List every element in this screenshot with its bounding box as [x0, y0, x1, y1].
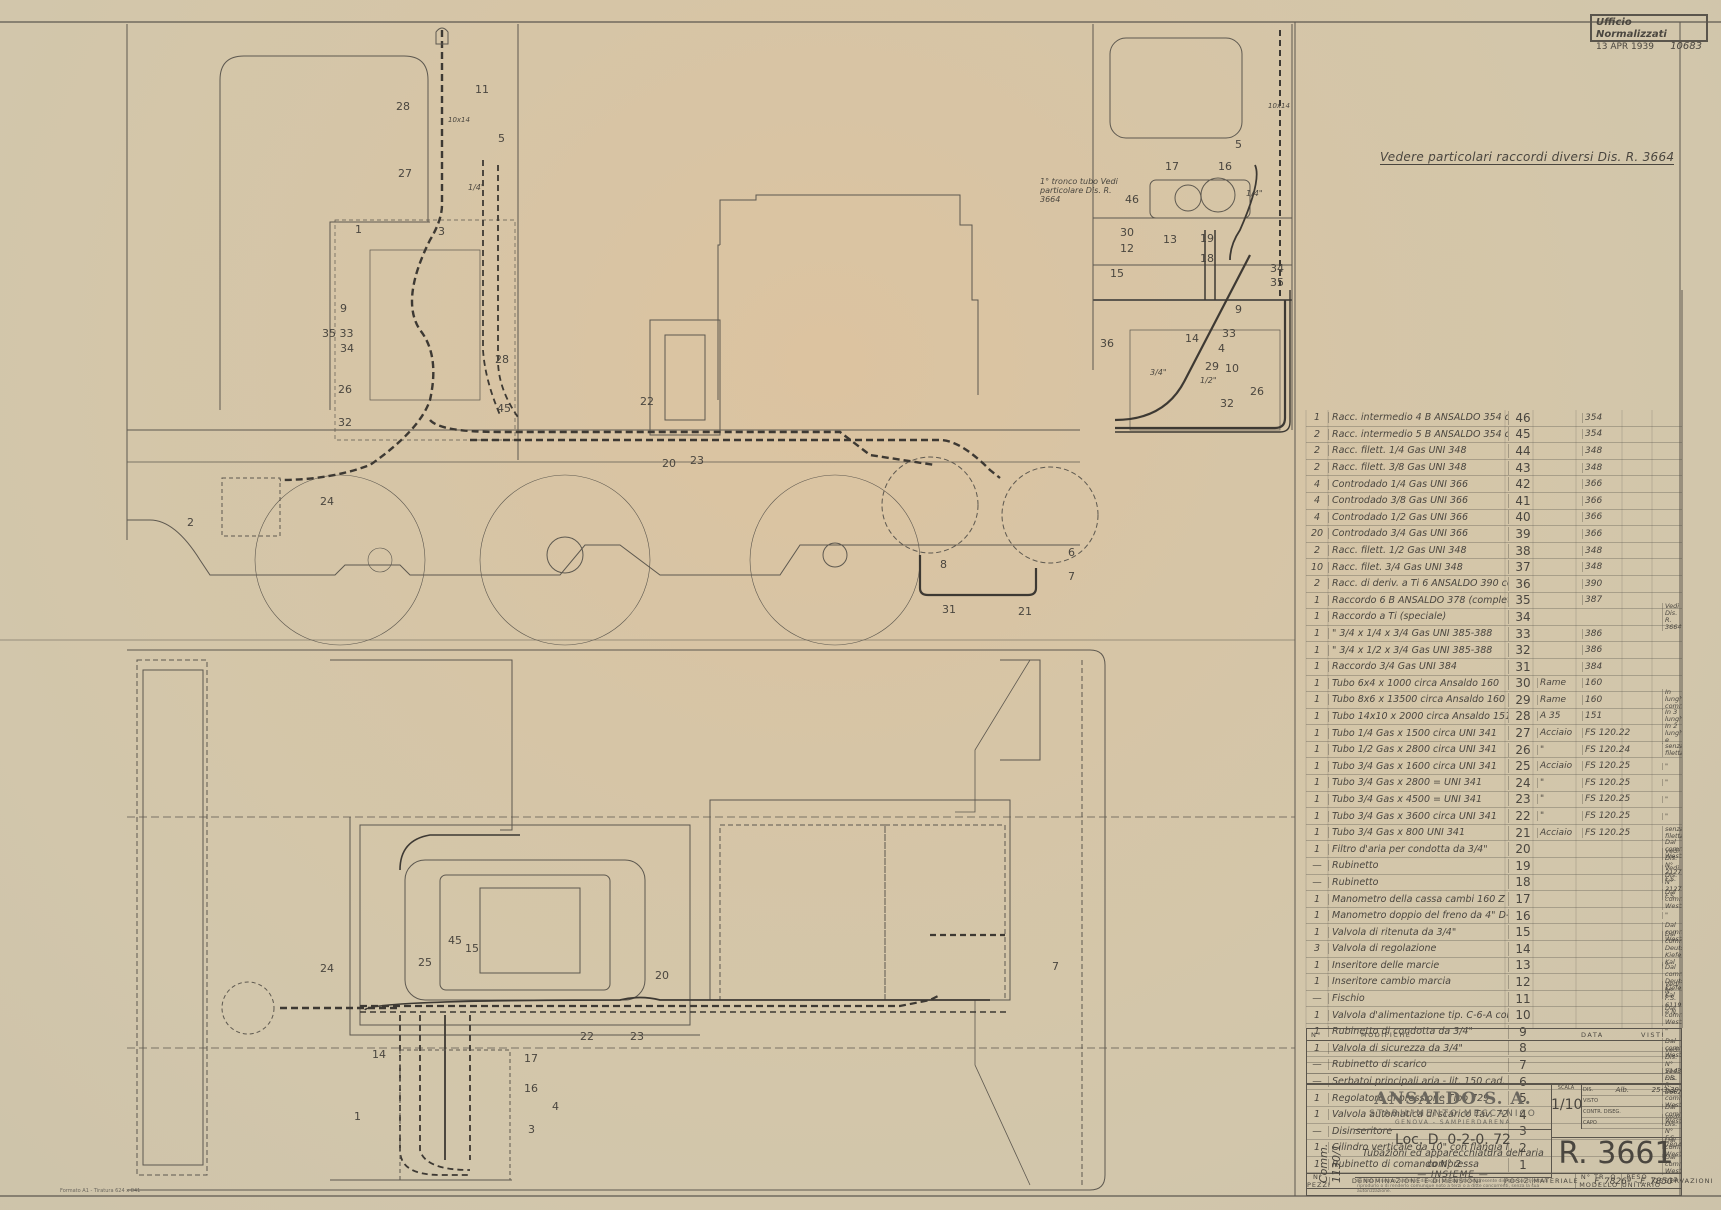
part-position: 39	[1508, 527, 1537, 541]
callout-20: 20	[662, 457, 676, 470]
part-position: 43	[1508, 461, 1537, 475]
part-qty: 1	[1306, 761, 1328, 772]
callout-33-end: 33	[1222, 327, 1236, 340]
part-description: Fischio	[1328, 993, 1508, 1004]
part-note: Vedi Dis. R. 3664	[1662, 603, 1682, 631]
signature-box: DIS.Alb.25-3-39 VISTO CONTR. DISEG. CAPO	[1581, 1085, 1681, 1129]
part-position: 16	[1508, 909, 1537, 923]
parts-list-row: 1Raccordo a Ti (speciale)34Vedi Dis. R. …	[1306, 609, 1682, 626]
part-note: Dal commercio Westinghouse	[1662, 889, 1682, 910]
stamp-number: 10683	[1670, 41, 1702, 53]
part-model: 160	[1582, 678, 1631, 688]
part-qty: 1	[1306, 960, 1328, 971]
callout-8: 8	[940, 558, 947, 571]
callout-17-end: 17	[1165, 160, 1179, 173]
part-model: 348	[1582, 562, 1631, 572]
plan-view	[127, 650, 1295, 1190]
parts-list-row: 3Valvola di regolazione14Dal commercio D…	[1306, 941, 1682, 958]
part-position: 20	[1508, 842, 1537, 856]
parts-list-row: 1Tubo 3/4 Gas x 3600 circa UNI 34122"FS …	[1306, 808, 1682, 825]
parts-list-row: 2Racc. filett. 1/2 Gas UNI 34838348	[1306, 543, 1682, 560]
part-description: Filtro d'aria per condotta da 3/4"	[1328, 844, 1508, 855]
callout-5: 5	[498, 132, 505, 145]
part-material: Acciaio	[1537, 761, 1582, 771]
part-model: 354	[1582, 413, 1631, 423]
part-qty: —	[1306, 860, 1328, 871]
callout-3: 3	[438, 225, 445, 238]
part-position: 21	[1508, 826, 1537, 840]
callout-28b: 28	[495, 353, 509, 366]
part-description: Rubinetto	[1328, 860, 1508, 871]
callout-20-plan: 20	[655, 969, 669, 982]
part-model: 386	[1582, 629, 1631, 639]
callout-9: 9	[340, 302, 347, 315]
callout-6: 6	[1068, 546, 1075, 559]
part-model: 348	[1582, 546, 1631, 556]
part-qty: 1	[1306, 661, 1328, 672]
parts-list-row: 1Manometro doppio del freno da 4" D-1639…	[1306, 908, 1682, 925]
parts-list-row: —Rubinetto19Vedi Dis. N° 2127769-F.S.	[1306, 858, 1682, 875]
callout-45: 45	[497, 402, 511, 415]
part-model: 390	[1582, 579, 1631, 589]
part-qty: 1	[1306, 728, 1328, 739]
parts-list-row: 1Raccordo 3/4 Gas UNI 38431384	[1306, 659, 1682, 676]
part-qty: 1	[1306, 844, 1328, 855]
parts-list-row: —Rubinetto18Vedi Dis. N° 2127769-F.S.	[1306, 875, 1682, 892]
callout-25: 25	[418, 956, 432, 969]
parts-list-row: 4Controdado 1/2 Gas UNI 36640366	[1306, 510, 1682, 527]
commessa-number: Comm. 1130/1	[1317, 1103, 1343, 1183]
sig-label: VISTO	[1583, 1098, 1598, 1104]
part-qty: 1	[1306, 744, 1328, 755]
parts-list-row: 1Manometro della cassa cambi 160 Z D-107…	[1306, 891, 1682, 908]
part-position: 42	[1508, 477, 1537, 491]
callout-32: 32	[338, 416, 352, 429]
part-position: 27	[1508, 726, 1537, 740]
part-qty: 2	[1306, 429, 1328, 440]
callout-34-end: 34	[1270, 262, 1284, 275]
part-description: Raccordo 3/4 Gas UNI 384	[1328, 661, 1508, 672]
callout-29: 29	[1205, 360, 1219, 373]
part-note: "	[1662, 912, 1682, 919]
callout-26: 26	[338, 383, 352, 396]
callout-16-plan: 16	[524, 1082, 538, 1095]
part-note: In lunghezze commerciali	[1662, 689, 1682, 710]
part-qty: —	[1306, 993, 1328, 1004]
callout-11: 11	[475, 83, 489, 96]
scale-value: 1/10	[1551, 1097, 1581, 1113]
part-qty: 1	[1306, 777, 1328, 788]
callout-7-plan: 7	[1052, 960, 1059, 973]
part-description: " 3/4 x 1/4 x 3/4 Gas UNI 385-388	[1328, 628, 1508, 639]
part-position: 22	[1508, 809, 1537, 823]
part-description: Raccordo a Ti (speciale)	[1328, 611, 1508, 622]
part-model: FS 120.25	[1582, 828, 1631, 838]
callout-45-plan: 45	[448, 934, 462, 947]
parts-list-row: 2Racc. intermedio 5 B ANSALDO 354 comple…	[1306, 427, 1682, 444]
part-description: Valvola d'alimentazione tip. C-6-A con s…	[1328, 1010, 1508, 1021]
part-description: Racc. filett. 1/4 Gas UNI 348	[1328, 445, 1508, 456]
callout-28: 28	[396, 100, 410, 113]
callout-19: 19	[1200, 232, 1214, 245]
callout-labels: 11 28 5 27 1 3 9 35 33 34 28 26 45 32 22…	[187, 83, 1284, 1136]
part-description: Racc. intermedio 5 B ANSALDO 354 complet…	[1328, 429, 1508, 440]
callout-16-end: 16	[1218, 160, 1232, 173]
part-note: "	[1662, 763, 1682, 770]
part-description: Tubo 3/4 Gas x 2800 = UNI 341	[1328, 777, 1508, 788]
part-description: " 3/4 x 1/2 x 3/4 Gas UNI 385-388	[1328, 645, 1508, 656]
callout-3-plan: 3	[528, 1123, 535, 1136]
leader-note: 1° tronco tubo Vedi particolare Dis. R. …	[1040, 177, 1130, 204]
callout-27: 27	[398, 167, 412, 180]
part-description: Racc. intermedio 4 B ANSALDO 354 compl.	[1328, 412, 1508, 423]
part-qty: 1	[1306, 645, 1328, 656]
modifications-block: N° MODIFICHE DATA VISTI	[1306, 1028, 1682, 1084]
dim-10x14: 10x14	[448, 116, 470, 124]
callout-15-end: 15	[1110, 267, 1124, 280]
part-qty: 1	[1306, 678, 1328, 689]
part-model: FS 120.25	[1582, 794, 1631, 804]
callout-10: 10	[1225, 362, 1239, 375]
part-description: Racc. filet. 3/4 Gas UNI 348	[1328, 562, 1508, 573]
title-block: Comm. 1130/1 ANSALDO S. A. STABILIMENTO …	[1306, 1084, 1682, 1196]
part-model: 366	[1582, 512, 1631, 522]
parts-list-row: 1Tubo 3/4 Gas x 800 UNI 34121AcciaioFS 1…	[1306, 825, 1682, 842]
callout-14-end: 14	[1185, 332, 1199, 345]
part-qty: 1	[1306, 628, 1328, 639]
company-header: ANSALDO S. A. STABILIMENTO MECCANICO GEN…	[1355, 1085, 1552, 1130]
part-qty: 2	[1306, 445, 1328, 456]
mods-col-number: N°	[1307, 1031, 1361, 1039]
part-qty: 1	[1306, 711, 1328, 722]
sig-value: Alb.	[1616, 1086, 1629, 1094]
part-material: Rame	[1537, 678, 1582, 688]
sig-label: DIS.	[1583, 1087, 1593, 1093]
part-description: Tubo 3/4 Gas x 1600 circa UNI 341	[1328, 761, 1508, 772]
title-description: Tubazioni ed apparecchiatura dell'aria c…	[1355, 1148, 1551, 1170]
part-qty: 10	[1306, 562, 1328, 573]
part-description: Tubo 3/4 Gas x 3600 circa UNI 341	[1328, 811, 1508, 822]
parts-list-row: 2Racc. filett. 1/4 Gas UNI 34844348	[1306, 443, 1682, 460]
part-model: 384	[1582, 662, 1631, 672]
parts-list-row: 1Tubo 1/4 Gas x 1500 circa UNI 34127Acci…	[1306, 725, 1682, 742]
normalization-office-stamp: Ufficio Normalizzati 13 APR 1939 10683	[1590, 14, 1708, 42]
dim-half: 1/2"	[1200, 376, 1217, 385]
company-name: ANSALDO S. A.	[1355, 1089, 1551, 1109]
part-model: FS 120.22	[1582, 728, 1631, 738]
part-position: 40	[1508, 510, 1537, 524]
sig-date: 25-3-39	[1652, 1086, 1679, 1094]
part-position: 31	[1508, 660, 1537, 674]
part-position: 35	[1508, 593, 1537, 607]
plant-location: GENOVA - SAMPIERDARENA	[1355, 1119, 1551, 1126]
part-description: Controdado 3/4 Gas UNI 366	[1328, 528, 1508, 539]
drawing-title: Loc. D. 0-2-0. 72 Tubazioni ed apparecch…	[1355, 1129, 1552, 1178]
part-model: 160	[1582, 695, 1631, 705]
callout-1-plan: 1	[354, 1110, 361, 1123]
part-qty: 1	[1306, 976, 1328, 987]
part-model: FS 120.25	[1582, 811, 1631, 821]
parts-list-row: 1Tubo 1/2 Gas x 2800 circa UNI 34126"FS …	[1306, 742, 1682, 759]
parts-list-row: 10Racc. filet. 3/4 Gas UNI 34837348	[1306, 559, 1682, 576]
parts-list-row: 1Tubo 3/4 Gas x 1600 circa UNI 34125Acci…	[1306, 758, 1682, 775]
stamp-office: Ufficio Normalizzati	[1596, 17, 1702, 41]
part-description: Tubo 3/4 Gas x 4500 = UNI 341	[1328, 794, 1508, 805]
part-position: 25	[1508, 759, 1537, 773]
part-position: 14	[1508, 942, 1537, 956]
part-position: 23	[1508, 792, 1537, 806]
part-qty: 1	[1306, 827, 1328, 838]
dim-three-quarter: 3/4"	[1150, 368, 1167, 377]
parts-list-row: 20Controdado 3/4 Gas UNI 36639366	[1306, 526, 1682, 543]
part-note: "	[1662, 779, 1682, 786]
parts-list-row: 1Inseritore cambio marcia12Dal commercio…	[1306, 974, 1682, 991]
dim-quarter-end: 1/4"	[1246, 189, 1263, 198]
part-material: "	[1537, 811, 1582, 821]
part-position: 29	[1508, 693, 1537, 707]
sig-label: CONTR. DISEG.	[1583, 1109, 1621, 1115]
part-qty: 1	[1306, 595, 1328, 606]
parts-list-row: 1Racc. intermedio 4 B ANSALDO 354 compl.…	[1306, 410, 1682, 427]
part-note: senza filettatura	[1662, 743, 1682, 757]
part-qty: 1	[1306, 694, 1328, 705]
part-position: 45	[1508, 427, 1537, 441]
part-qty: 1	[1306, 412, 1328, 423]
callout-30: 30	[1120, 226, 1134, 239]
part-model: 151	[1582, 711, 1631, 721]
scale-label: SCALA	[1551, 1085, 1581, 1091]
parts-list-row: 1Tubo 6x4 x 1000 circa Ansaldo 16030Rame…	[1306, 676, 1682, 693]
callout-22: 22	[640, 395, 654, 408]
callout-22-plan: 22	[580, 1030, 594, 1043]
parts-list-row: —Fischio11Vedi N° F.S. 6119 e N.	[1306, 991, 1682, 1008]
reference-note: Vedere particolari raccordi diversi Dis.…	[1380, 150, 1674, 165]
part-model: 387	[1582, 595, 1631, 605]
part-position: 37	[1508, 560, 1537, 574]
part-description: Racc. di deriv. a Ti 6 ANSALDO 390 compl…	[1328, 578, 1508, 589]
part-position: 19	[1508, 859, 1537, 873]
part-description: Manometro doppio del freno da 4" D-1639	[1328, 910, 1508, 921]
parts-list-row: 1Filtro d'aria per condotta da 3/4"20Dal…	[1306, 841, 1682, 858]
substitutes-note: F. 7826ª - F. 7850ª	[1551, 1177, 1681, 1187]
callout-32-end: 32	[1220, 397, 1234, 410]
stamp-date: 13 APR 1939	[1596, 41, 1654, 53]
parts-list-row: 1" 3/4 x 1/4 x 3/4 Gas UNI 385-38833386	[1306, 626, 1682, 643]
part-note: Dal commercio Westinghouse	[1662, 1005, 1682, 1026]
part-qty: 4	[1306, 512, 1328, 523]
part-model: 348	[1582, 446, 1631, 456]
part-qty: —	[1306, 877, 1328, 888]
callout-24: 24	[320, 495, 334, 508]
part-position: 44	[1508, 444, 1537, 458]
parts-list-row: 4Controdado 3/8 Gas UNI 36641366	[1306, 493, 1682, 510]
part-note: senza filettatura	[1662, 826, 1682, 840]
plant-name: STABILIMENTO MECCANICO	[1355, 1109, 1551, 1119]
part-position: 10	[1508, 1008, 1537, 1022]
part-description: Inseritore cambio marcia	[1328, 976, 1508, 987]
sig-label: CAPO	[1583, 1120, 1597, 1126]
part-qty: 20	[1306, 528, 1328, 539]
part-note: "	[1662, 796, 1682, 803]
parts-list-row: 1Raccordo 6 B ANSALDO 378 (completo)3538…	[1306, 593, 1682, 610]
part-qty: 1	[1306, 611, 1328, 622]
part-material: "	[1537, 794, 1582, 804]
callout-18: 18	[1200, 252, 1214, 265]
part-description: Tubo 8x6 x 13500 circa Ansaldo 160	[1328, 694, 1508, 705]
part-note: In 2 lunghezze e	[1662, 723, 1682, 744]
part-description: Controdado 1/4 Gas UNI 366	[1328, 479, 1508, 490]
part-model: FS 120.25	[1582, 761, 1631, 771]
parts-list-row: 1Tubo 3/4 Gas x 4500 = UNI 34123"FS 120.…	[1306, 792, 1682, 809]
part-position: 28	[1508, 709, 1537, 723]
part-model: 366	[1582, 529, 1631, 539]
callout-21: 21	[1018, 605, 1032, 618]
parts-list-row: 1Valvola d'alimentazione tip. C-6-A con …	[1306, 1007, 1682, 1024]
parts-list-row: 2Racc. filett. 3/8 Gas UNI 34843348	[1306, 460, 1682, 477]
dim-10x14-end: 10x14	[1268, 102, 1290, 110]
drawing-number: R. 3661	[1551, 1137, 1681, 1170]
part-material: A 35	[1537, 711, 1582, 721]
part-material: Acciaio	[1537, 828, 1582, 838]
parts-list-row: 1Tubo 3/4 Gas x 2800 = UNI 34124"FS 120.…	[1306, 775, 1682, 792]
callout-5-end: 5	[1235, 138, 1242, 151]
part-position: 38	[1508, 544, 1537, 558]
part-model: FS 120.24	[1582, 745, 1631, 755]
part-note: In 3 lunghezze	[1662, 709, 1682, 723]
scale-box: SCALA 1/10	[1551, 1085, 1582, 1129]
parts-list-row: 1Tubo 14x10 x 2000 circa Ansaldo 15128A …	[1306, 709, 1682, 726]
callout-7: 7	[1068, 570, 1075, 583]
part-model: 366	[1582, 479, 1631, 489]
part-qty: 4	[1306, 479, 1328, 490]
part-position: 32	[1508, 643, 1537, 657]
part-description: Controdado 1/2 Gas UNI 366	[1328, 512, 1508, 523]
part-description: Tubo 3/4 Gas x 800 UNI 341	[1328, 827, 1508, 838]
part-qty: 4	[1306, 495, 1328, 506]
part-qty: 2	[1306, 578, 1328, 589]
part-position: 33	[1508, 627, 1537, 641]
part-description: Racc. filett. 3/8 Gas UNI 348	[1328, 462, 1508, 473]
part-qty: 1	[1306, 927, 1328, 938]
engineering-drawing-sheet: 11 28 5 27 1 3 9 35 33 34 28 26 45 32 22…	[0, 0, 1721, 1210]
callout-36: 36	[1100, 337, 1114, 350]
part-description: Rubinetto	[1328, 877, 1508, 888]
mods-col-date: DATA	[1581, 1031, 1641, 1039]
part-position: 41	[1508, 494, 1537, 508]
part-note: "	[1662, 813, 1682, 820]
footer-format-note: Formato A1 - Tiratura 624 x 841	[60, 1188, 140, 1194]
part-position: 17	[1508, 892, 1537, 906]
part-model: 366	[1582, 496, 1631, 506]
callout-13: 13	[1163, 233, 1177, 246]
callout-17-plan: 17	[524, 1052, 538, 1065]
callout-31: 31	[942, 603, 956, 616]
parts-list-row: 1Tubo 8x6 x 13500 circa Ansaldo 16029Ram…	[1306, 692, 1682, 709]
part-qty: 1	[1306, 811, 1328, 822]
part-model: FS 120.25	[1582, 778, 1631, 788]
callout-4-plan: 4	[552, 1100, 559, 1113]
callout-35-end: 35	[1270, 276, 1284, 289]
part-position: 13	[1508, 958, 1537, 972]
callout-2: 2	[187, 516, 194, 529]
callout-26-end: 26	[1250, 385, 1264, 398]
part-description: Tubo 1/4 Gas x 1500 circa UNI 341	[1328, 728, 1508, 739]
part-position: 46	[1508, 411, 1537, 425]
parts-list-row: 1Valvola di ritenuta da 3/4"15Dal commer…	[1306, 924, 1682, 941]
part-model: 348	[1582, 463, 1631, 473]
part-position: 26	[1508, 743, 1537, 757]
dim-quarter: 1/4"	[468, 183, 485, 192]
part-model: 386	[1582, 645, 1631, 655]
callout-15-plan: 15	[465, 942, 479, 955]
part-qty: 2	[1306, 545, 1328, 556]
part-position: 36	[1508, 577, 1537, 591]
part-position: 15	[1508, 925, 1537, 939]
part-position: 34	[1508, 610, 1537, 624]
parts-list-row: 4Controdado 1/4 Gas UNI 36642366	[1306, 476, 1682, 493]
part-position: 30	[1508, 676, 1537, 690]
part-description: Tubo 14x10 x 2000 circa Ansaldo 151	[1328, 711, 1508, 722]
part-description: Valvola di regolazione	[1328, 943, 1508, 954]
callout-23: 23	[690, 454, 704, 467]
part-qty: 1	[1306, 910, 1328, 921]
parts-list-row: 1Inseritore delle marcie13"	[1306, 958, 1682, 975]
part-qty: 2	[1306, 462, 1328, 473]
part-qty: 1	[1306, 894, 1328, 905]
part-description: Raccordo 6 B ANSALDO 378 (completo)	[1328, 595, 1508, 606]
side-elevation-view	[127, 24, 1098, 645]
callout-12: 12	[1120, 242, 1134, 255]
part-material: "	[1537, 745, 1582, 755]
part-position: 18	[1508, 875, 1537, 889]
parts-list-row: 1" 3/4 x 1/2 x 3/4 Gas UNI 385-38832386	[1306, 642, 1682, 659]
part-position: 24	[1508, 776, 1537, 790]
callout-4-end: 4	[1218, 342, 1225, 355]
part-qty: 3	[1306, 943, 1328, 954]
callout-23-plan: 23	[630, 1030, 644, 1043]
title-locomotive: Loc. D. 0-2-0. 72	[1355, 1132, 1551, 1148]
callout-1: 1	[355, 223, 362, 236]
part-model: 354	[1582, 429, 1631, 439]
part-qty: 1	[1306, 1010, 1328, 1021]
callout-9-end: 9	[1235, 303, 1242, 316]
callout-34: 34	[340, 342, 354, 355]
callout-35-33: 35 33	[322, 327, 354, 340]
part-position: 11	[1508, 992, 1537, 1006]
part-description: Tubo 6x4 x 1000 circa Ansaldo 160	[1328, 678, 1508, 689]
part-description: Tubo 1/2 Gas x 2800 circa UNI 341	[1328, 744, 1508, 755]
part-position: 12	[1508, 975, 1537, 989]
mods-header: MODIFICHE	[1361, 1031, 1581, 1039]
callout-14-plan: 14	[372, 1048, 386, 1061]
part-material: Rame	[1537, 695, 1582, 705]
callout-24-plan: 24	[320, 962, 334, 975]
part-material: "	[1537, 778, 1582, 788]
parts-list-row: 2Racc. di deriv. a Ti 6 ANSALDO 390 comp…	[1306, 576, 1682, 593]
part-description: Manometro della cassa cambi 160 Z D-1076	[1328, 894, 1508, 905]
legal-notice: La ditta si riserva, a termini di legge,…	[1355, 1177, 1551, 1196]
part-description: Valvola di ritenuta da 3/4"	[1328, 927, 1508, 938]
mods-col-seen: VISTI	[1641, 1031, 1681, 1039]
part-qty: 1	[1306, 794, 1328, 805]
part-description: Controdado 3/8 Gas UNI 366	[1328, 495, 1508, 506]
part-description: Racc. filett. 1/2 Gas UNI 348	[1328, 545, 1508, 556]
part-material: Acciaio	[1537, 728, 1582, 738]
part-description: Inseritore delle marcie	[1328, 960, 1508, 971]
